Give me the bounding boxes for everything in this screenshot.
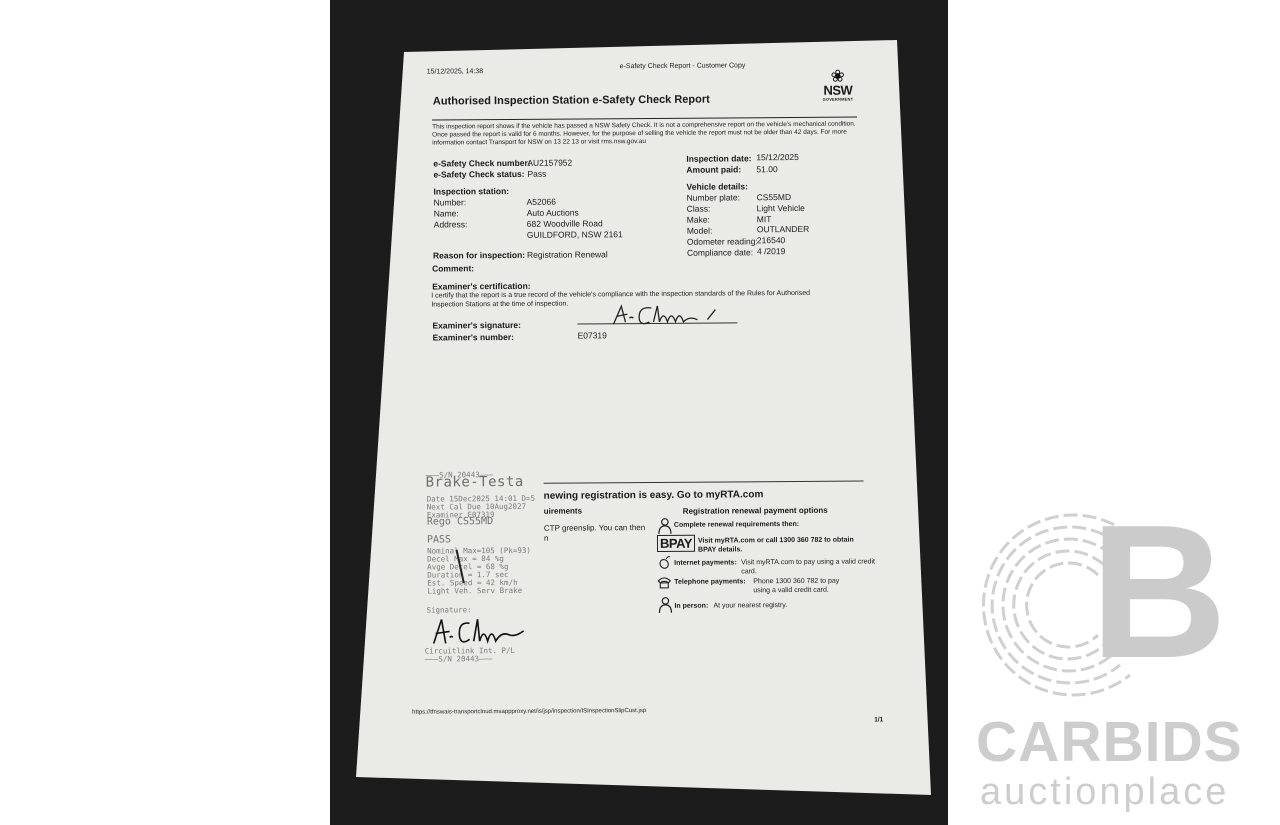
signature-label: Examiner's signature: <box>432 320 521 331</box>
examiner-number-label: Examiner's number: <box>433 332 514 343</box>
station-address-line1: 682 Woodville Road <box>527 218 603 229</box>
option-complete-requirements: Complete renewal requirements then: <box>674 520 799 530</box>
option-internet-text: Visit myRTA.com to pay using a valid cre… <box>741 557 881 576</box>
page-caption: e-Safety Check Report - Customer Copy <box>620 62 746 70</box>
footer-page-number: 1/1 <box>874 716 883 723</box>
amount-paid: 51.00 <box>756 164 777 174</box>
slip-serial-bottom: ———S/N 20443——— <box>425 654 493 663</box>
nsw-government-logo: ❀ NSW GOVERNMENT <box>820 69 856 102</box>
renewal-left-subheading: uirements <box>544 506 582 515</box>
carbids-wordmark: CARBIDS <box>976 712 1243 772</box>
vehicle-field-label: Odometer reading: <box>687 236 758 246</box>
renewal-divider <box>544 481 864 484</box>
examiner-number: E07319 <box>578 330 607 340</box>
vehicle-field-label: Make: <box>687 215 710 225</box>
vehicle-field-label: Compliance date: <box>687 247 753 257</box>
vehicle-heading: Vehicle details: <box>686 181 747 191</box>
check-number: AU2157952 <box>527 158 572 168</box>
renewal-left-text: n <box>544 534 549 543</box>
person-icon <box>658 597 672 613</box>
header-divider <box>432 117 857 121</box>
inspection-date: 15/12/2025 <box>756 152 799 162</box>
option-internet-label: Internet payments: <box>674 559 737 566</box>
mouse-icon <box>658 556 671 569</box>
carbids-logo-b: B <box>1090 505 1227 680</box>
check-status: Pass <box>527 169 546 179</box>
carbids-tagline: auctionplace <box>980 770 1229 814</box>
bpay-logo: BPAY <box>657 535 695 552</box>
slip-brand: Brake-Testa <box>426 478 524 488</box>
station-number: A52066 <box>527 197 556 207</box>
option-internet: Internet payments: <box>674 558 737 567</box>
slip-reading: Light Veh. Serv Brake <box>427 586 522 596</box>
option-bpay-text: Visit myRTA.com or call 1300 360 782 to … <box>698 536 858 555</box>
disclaimer-text: This inspection report shows if the vehi… <box>432 121 862 148</box>
station-name: Auto Auctions <box>527 207 579 217</box>
reason-value: Registration Renewal <box>527 249 608 260</box>
station-address-line2: GUILDFORD, NSW 2161 <box>527 229 623 240</box>
vehicle-field-label: Model: <box>687 226 713 236</box>
station-heading: Inspection station: <box>434 186 510 197</box>
cert-heading: Examiner's certification: <box>432 281 530 292</box>
option-in-person-text: At your nearest registry. <box>713 601 787 611</box>
station-name-label: Name: <box>434 208 459 218</box>
inspection-date-label: Inspection date: <box>686 153 751 163</box>
telephone-icon <box>657 576 671 589</box>
printed-datetime: 15/12/2025, 14:38 <box>427 68 484 75</box>
slip-line: Rego CS55MD <box>427 517 493 526</box>
vehicle-field-label: Class: <box>687 204 711 214</box>
vehicle-field-label: Number plate: <box>687 192 740 202</box>
comment-label: Comment: <box>432 263 474 273</box>
option-telephone-text: Phone 1300 360 782 to pay using a valid … <box>753 577 853 596</box>
check-number-label: e-Safety Check number: <box>433 158 530 169</box>
amount-paid-label: Amount paid: <box>686 164 741 174</box>
check-status-label: e-Safety Check status: <box>433 169 524 180</box>
vehicle-field-value: Light Vehicle <box>757 203 805 213</box>
option-in-person-label: In person: <box>674 602 708 611</box>
station-address-label: Address: <box>434 219 468 229</box>
footer-url: https://tfnswais-transportcloud.msapppro… <box>412 708 646 716</box>
renewal-left-text: CTP greenslip. You can then <box>544 523 645 533</box>
vehicle-field-value: MIT <box>757 214 772 224</box>
payment-options-heading: Registration renewal payment options <box>683 506 828 516</box>
vehicle-field-value: 4 /2019 <box>757 246 785 256</box>
examiner-signature <box>607 301 737 328</box>
nsw-logo-subtext: GOVERNMENT <box>820 97 856 102</box>
report-title: Authorised Inspection Station e-Safety C… <box>433 94 710 108</box>
reason-label: Reason for inspection: <box>433 250 525 261</box>
renewal-headline: newing registration is easy. Go to myRTA… <box>544 489 764 502</box>
station-number-label: Number: <box>434 197 467 207</box>
vehicle-field-value: 216540 <box>757 235 785 245</box>
slip-result: PASS <box>427 535 451 544</box>
slip-signature <box>429 613 529 650</box>
nsw-logo-text: NSW <box>820 85 856 97</box>
option-telephone-label: Telephone payments: <box>674 577 746 586</box>
vehicle-field-value: CS55MD <box>757 192 792 202</box>
person-icon <box>658 518 672 534</box>
vehicle-field-value: OUTLANDER <box>757 224 810 234</box>
